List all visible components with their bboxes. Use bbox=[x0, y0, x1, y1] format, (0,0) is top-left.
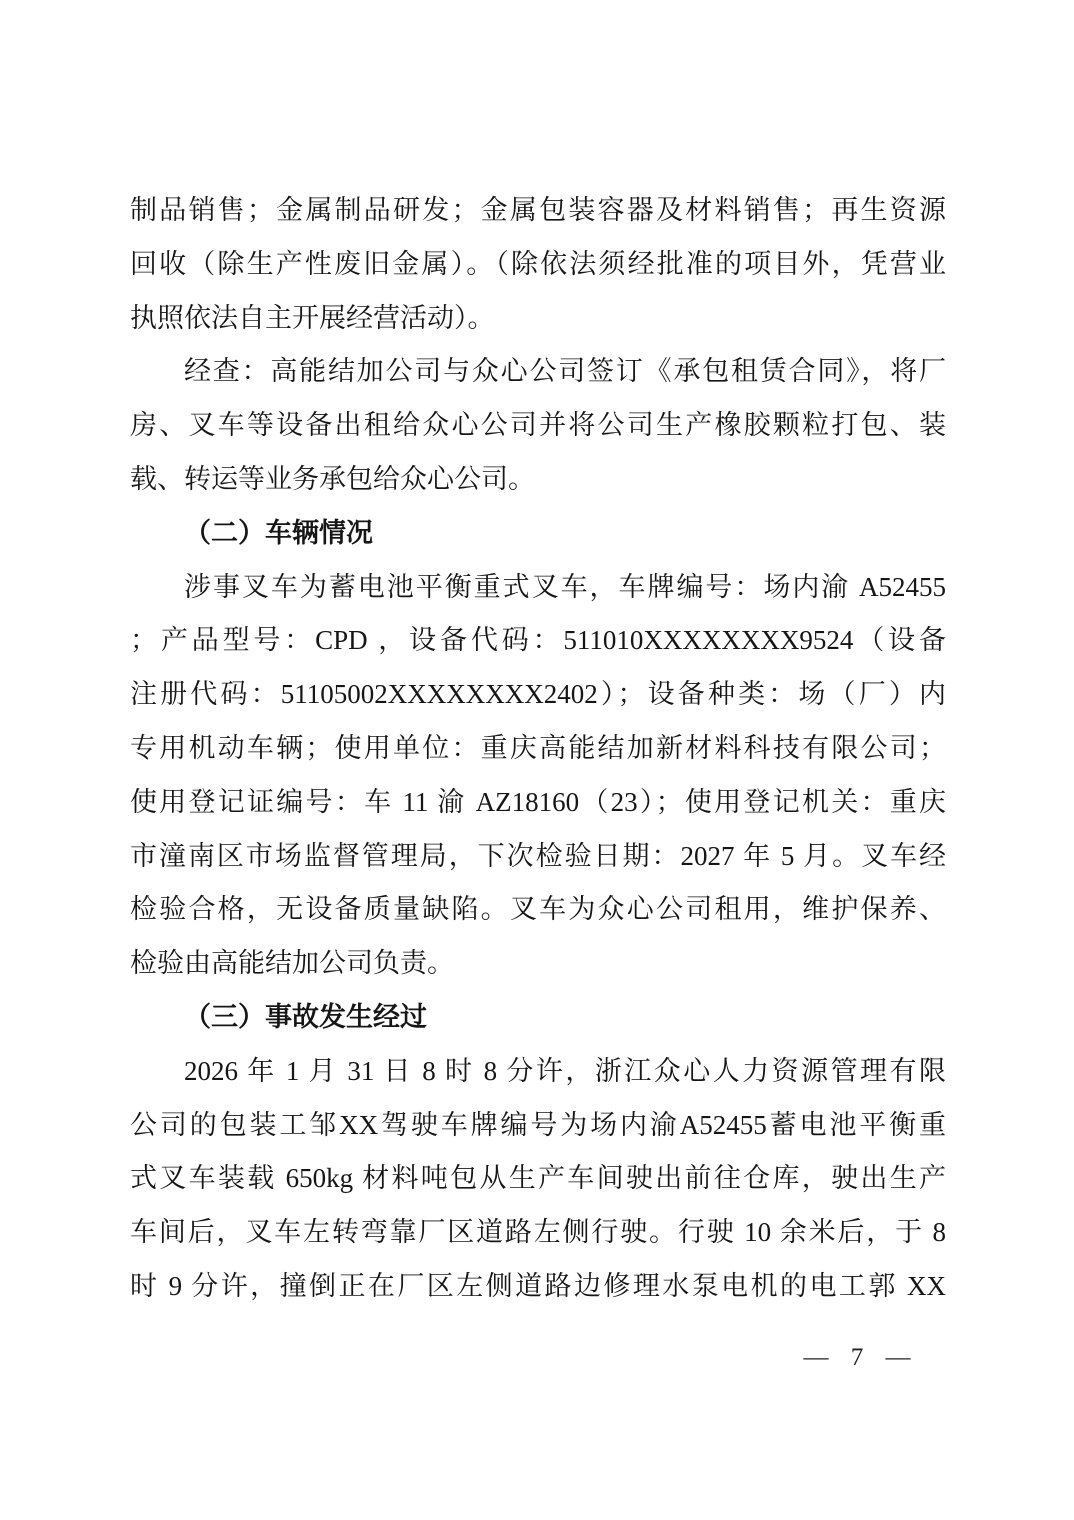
document-page: 制品销售；金属制品研发；金属包装容器及材料销售；再生资源 回收（除生产性废旧金属… bbox=[0, 0, 1074, 1520]
body-line: 专用机动车辆；使用单位：重庆高能结加新材料科技有限公司； bbox=[130, 722, 946, 776]
body-line: 执照依法自主开展经营活动）。 bbox=[130, 292, 946, 346]
body-line: 2026 年 1 月 31 日 8 时 8 分许，浙江众心人力资源管理有限 bbox=[130, 1045, 946, 1099]
body-line: ；产品型号：CPD ，设备代码：511010XXXXXXXX9524（设备 bbox=[130, 614, 946, 668]
body-line: 公司的包装工邹XX驾驶车牌编号为场内渝A52455蓄电池平衡重 bbox=[130, 1099, 946, 1153]
document-body: 制品销售；金属制品研发；金属包装容器及材料销售；再生资源 回收（除生产性废旧金属… bbox=[130, 184, 946, 1314]
body-line: 经查：高能结加公司与众心公司签订《承包租赁合同》，将厂 bbox=[130, 345, 946, 399]
body-line: 检验由高能结加公司负责。 bbox=[130, 937, 946, 991]
body-line: 车间后，叉车左转弯靠厂区道路左侧行驶。行驶 10 余米后，于 8 bbox=[130, 1206, 946, 1260]
page-number: — 7 — bbox=[772, 1344, 942, 1372]
body-line: 回收（除生产性废旧金属）。（除依法须经批准的项目外，凭营业 bbox=[130, 238, 946, 292]
body-line: 市潼南区市场监督管理局，下次检验日期：2027 年 5 月。叉车经 bbox=[130, 830, 946, 884]
body-line: 房、叉车等设备出租给众心公司并将公司生产橡胶颗粒打包、装 bbox=[130, 399, 946, 453]
body-line: 载、转运等业务承包给众心公司。 bbox=[130, 453, 946, 507]
section-heading-accident: （三）事故发生经过 bbox=[130, 991, 946, 1045]
body-line: 式叉车装载 650kg 材料吨包从生产车间驶出前往仓库，驶出生产 bbox=[130, 1152, 946, 1206]
body-line: 涉事叉车为蓄电池平衡重式叉车，车牌编号：场内渝 A52455 bbox=[130, 561, 946, 615]
body-line: 使用登记证编号：车 11 渝 AZ18160（23）；使用登记机关：重庆 bbox=[130, 776, 946, 830]
section-heading-vehicle: （二）车辆情况 bbox=[130, 507, 946, 561]
body-line: 时 9 分许，撞倒正在厂区左侧道路边修理水泵电机的电工郭 XX bbox=[130, 1260, 946, 1314]
body-line: 注册代码：51105002XXXXXXXX2402）；设备种类：场（厂）内 bbox=[130, 668, 946, 722]
body-line: 检验合格，无设备质量缺陷。叉车为众心公司租用，维护保养、 bbox=[130, 883, 946, 937]
body-line: 制品销售；金属制品研发；金属包装容器及材料销售；再生资源 bbox=[130, 184, 946, 238]
